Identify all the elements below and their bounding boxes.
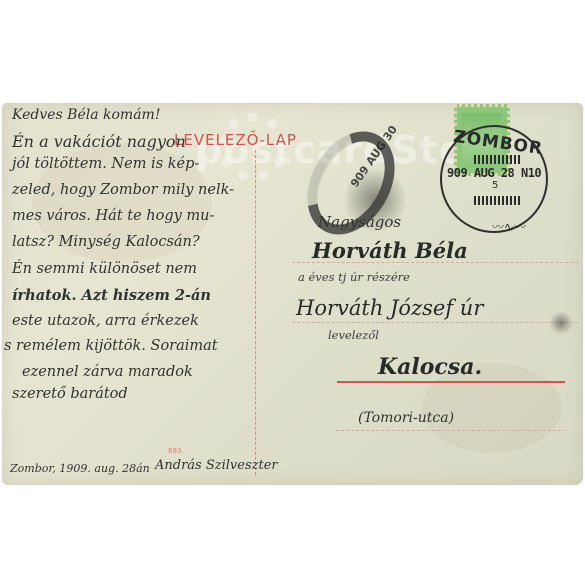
message-line: Én semmi különöset nem xyxy=(12,261,197,277)
signature: András Szilveszter xyxy=(155,458,278,473)
ink-smudge xyxy=(548,312,574,334)
message-line: Kedves Béla komám! xyxy=(12,107,160,123)
address-line-city xyxy=(337,381,565,383)
postmark-bars xyxy=(474,196,522,205)
message-line: jól töltöttem. Nem is kép- xyxy=(12,156,199,172)
printer-mark: 693. xyxy=(168,447,184,455)
message-line: ezennel zárva maradok xyxy=(22,364,193,380)
postcard-header-title: LEVELEZŐ-LAP xyxy=(174,131,297,149)
center-divider xyxy=(255,150,256,475)
address-salutation: Nagyságos xyxy=(318,213,401,231)
message-line: zeled, hogy Zombor mily nelk- xyxy=(12,182,234,198)
postmark-flourish-icon: 〰∿〰 xyxy=(492,218,526,235)
message-line: mes város. Hát te hogy mu- xyxy=(12,208,214,224)
address-line-2 xyxy=(292,322,578,323)
address-line-street xyxy=(336,430,566,431)
message-line: latsz? Minység Kalocsán? xyxy=(12,234,200,250)
message-line: Én a vakációt nagyon xyxy=(12,132,186,151)
address-name: Horváth Béla xyxy=(312,238,468,263)
address-care-of: a éves tj úr részére xyxy=(298,270,410,284)
message-date-line: Zombor, 1909. aug. 28án xyxy=(10,462,150,475)
address-street: (Tomori-utca) xyxy=(358,410,454,426)
message-line: szerető barátod xyxy=(12,386,128,402)
postmark-bars xyxy=(474,155,522,164)
message-line: este utazok, arra érkezek xyxy=(12,313,199,329)
postmark-sub: 5 xyxy=(492,180,498,191)
address-city: Kalocsa. xyxy=(378,354,482,380)
address-recipient: Horváth József úr xyxy=(296,296,483,320)
message-line: s remélem kijöttök. Soraimat xyxy=(4,338,218,354)
address-title: levelezől xyxy=(328,328,379,342)
postmark-date: 909 AUG 28 N10 xyxy=(447,166,541,180)
message-line: írhatok. Azt hiszem 2-án xyxy=(12,287,211,304)
